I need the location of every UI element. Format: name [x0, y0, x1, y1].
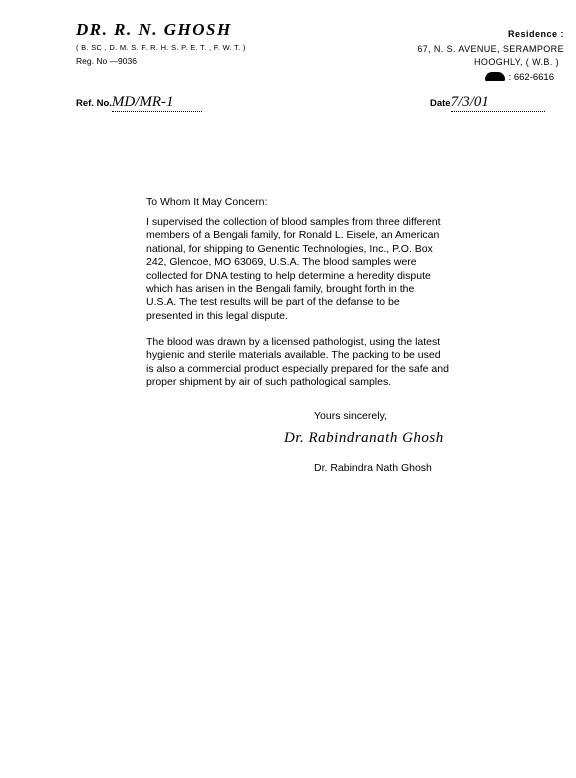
address-line-2: HOOGHLY, ( W.B. ) [474, 57, 559, 67]
paragraph-line: members of a Bengali family, for Ronald … [146, 229, 441, 242]
qualifications: ( B. SC , D. M. S. F. R. H. S. P. E. T. … [76, 43, 246, 52]
paragraph-line: which has arisen in the Bengali family, … [146, 283, 441, 296]
paragraph-line: hygienic and sterile materials available… [146, 349, 449, 362]
residence-label: Residence : [508, 29, 564, 39]
registration-number: Reg. No —9036 [76, 56, 137, 66]
reference-value: MD/MR-1 [112, 94, 174, 110]
phone-text: : 662-6616 [509, 72, 554, 83]
reference-field: MD/MR-1 [112, 94, 202, 112]
paragraph-2: The blood was drawn by a licensed pathol… [146, 336, 449, 390]
telephone-icon [485, 72, 505, 81]
paragraph-line: I supervised the collection of blood sam… [146, 216, 441, 229]
reference-label: Ref. No. [76, 98, 112, 109]
date-label: Date [430, 98, 451, 109]
date-line: 7/3/01 [451, 94, 545, 112]
paragraph-line: proper shipment by air of such pathologi… [146, 376, 449, 389]
paragraph-line: is also a commercial product especially … [146, 363, 449, 376]
paragraph-line: U.S.A. The test results will be part of … [146, 296, 441, 309]
paragraph-line: The blood was drawn by a licensed pathol… [146, 336, 449, 349]
address-line-1: 67, N. S. AVENUE, SERAMPORE [417, 44, 564, 54]
paragraph-line: collected for DNA testing to help determ… [146, 270, 441, 283]
paragraph-line: presented in this legal dispute. [146, 310, 441, 323]
signer-name: Dr. Rabindra Nath Ghosh [314, 462, 432, 474]
paragraph-1: I supervised the collection of blood sam… [146, 216, 441, 323]
phone-number: : 662-6616 [485, 72, 554, 83]
reference-number: Ref. No.MD/MR-1 [76, 94, 202, 112]
paragraph-line: 242, Glencoe, MO 63069, U.S.A. The blood… [146, 256, 441, 269]
doctor-name-heading: DR. R. N. GHOSH [76, 20, 232, 40]
valediction: Yours sincerely, [314, 410, 387, 422]
paragraph-line: national, for shipping to Genentic Techn… [146, 243, 441, 256]
salutation: To Whom It May Concern: [146, 196, 267, 208]
handwritten-signature: Dr. Rabindranath Ghosh [284, 430, 444, 447]
date-field: Date7/3/01 [430, 94, 545, 112]
date-value: 7/3/01 [451, 94, 489, 110]
